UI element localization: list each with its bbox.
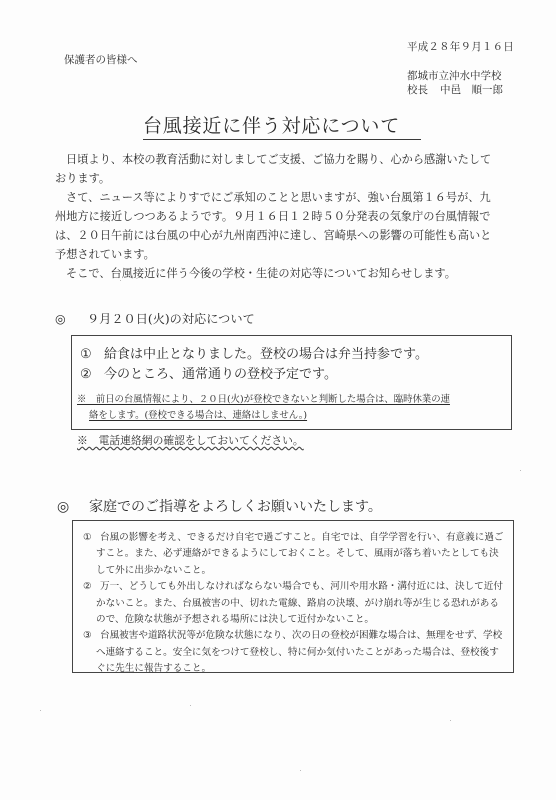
principal-name: 中邑 順一郎 — [440, 84, 503, 96]
closure-note-line1: ※ 前日の台風情報により、２０日(火)が登校できないと判断した場合は、臨時休業の… — [77, 392, 507, 408]
item-text: 給食は中止となりました。登校の場合は弁当持参です。 — [104, 347, 428, 362]
document-title: 台風接近に伴う対応について — [143, 111, 421, 140]
issue-date: 平成２８年９月１６日 — [407, 39, 514, 54]
principal-title: 校長 — [407, 84, 428, 96]
scan-noise — [520, 470, 521, 471]
intro-paragraph: 日頃より、本校の教育活動に対しましてご支援、ご協力を賜り、心から感謝いたしており… — [55, 150, 500, 188]
school-name: 都城市立沖水中学校 — [407, 68, 502, 83]
section2-heading: ◎家庭でのご指導をよろしくお願いいたします。 — [57, 496, 382, 516]
scan-noise — [190, 705, 191, 706]
scan-noise — [450, 720, 451, 721]
section1-heading: ◎９月２０日(火)の対応について — [55, 310, 255, 327]
double-circle-icon: ◎ — [55, 312, 87, 326]
phone-tree-note: ※ 電話連絡網の確認をしておいてください。 — [77, 433, 304, 448]
list-item: ③台風被害や道路状況等が危険な状態になり、次の日の登校が困難な場合は、無理をせず… — [83, 628, 505, 677]
section1-heading-text: ９月２０日(火)の対応について — [87, 312, 255, 326]
section1-box: ①給食は中止となりました。登校の場合は弁当持参です。 ②今のところ、通常通りの登… — [71, 335, 512, 430]
notice-page: 保護者の皆様へ 平成２８年９月１６日 都城市立沖水中学校 校長中邑 順一郎 台風… — [0, 0, 556, 800]
scan-noise — [120, 280, 121, 281]
list-item: ①給食は中止となりました。登校の場合は弁当持参です。 — [80, 343, 428, 362]
item-number: ② — [83, 579, 100, 595]
item-number: ② — [80, 367, 104, 382]
guidance-list: ①台風の影響を考え、できるだけ自宅で過ごすこと。自宅では、自学学習を行い、有意義… — [83, 530, 505, 678]
item-text: 万一、どうしても外出しなければならない場合でも、河川や用水路・溝付近には、決して… — [96, 581, 503, 625]
item-text: 台風の影響を考え、できるだけ自宅で過ごすこと。自宅では、自学学習を行い、有意義に… — [96, 532, 504, 576]
double-circle-icon: ◎ — [57, 499, 89, 515]
intro-paragraph: さて、ニュース等によりすでにご承知のことと思いますが、強い台風第１６号が、九州地… — [55, 188, 500, 264]
item-number: ③ — [83, 628, 100, 644]
principal-signature: 校長中邑 順一郎 — [407, 82, 515, 97]
intro-text: 日頃より、本校の教育活動に対しましてご支援、ご協力を賜り、心から感謝いたしており… — [55, 150, 500, 283]
list-item: ①台風の影響を考え、できるだけ自宅で過ごすこと。自宅では、自学学習を行い、有意義… — [83, 530, 505, 579]
section2-heading-text: 家庭でのご指導をよろしくお願いいたします。 — [89, 499, 382, 515]
list-item: ②今のところ、通常通りの登校予定です。 — [80, 363, 337, 382]
scan-noise — [40, 710, 41, 711]
section2-box: ①台風の影響を考え、できるだけ自宅で過ごすこと。自宅では、自学学習を行い、有意義… — [72, 520, 514, 673]
item-number: ① — [83, 530, 100, 546]
intro-paragraph: そこで、台風接近に伴う今後の学校・生徒の対応等についてお知らせします。 — [55, 264, 500, 283]
list-item: ②万一、どうしても外出しなければならない場合でも、河川や用水路・溝付近には、決し… — [83, 579, 505, 628]
scan-noise — [300, 770, 301, 771]
item-text: 今のところ、通常通りの登校予定です。 — [104, 367, 337, 382]
closure-note: ※ 前日の台風情報により、２０日(火)が登校できないと判断した場合は、臨時休業の… — [77, 392, 507, 424]
item-text: 台風被害や道路状況等が危険な状態になり、次の日の登校が困難な場合は、無理をせず、… — [96, 630, 502, 674]
addressee: 保護者の皆様へ — [64, 52, 138, 67]
item-number: ① — [80, 347, 104, 362]
closure-note-line2: 絡をします。(登校できる場合は、連絡はしません。) — [77, 408, 507, 424]
